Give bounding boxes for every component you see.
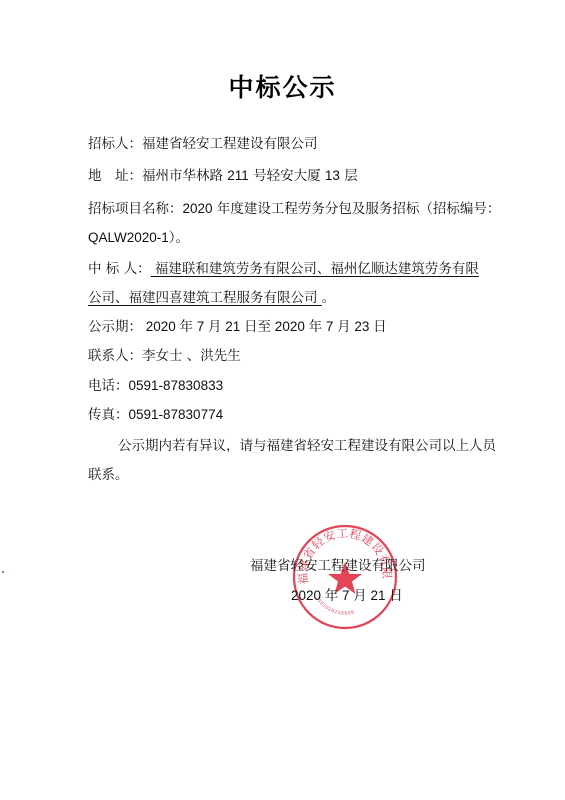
notice-line-1: 公示期内若有异议，请与福建省轻安工程建设有限公司以上人员	[118, 437, 496, 455]
contact-label: 联系人：	[88, 348, 142, 364]
fax-line: 传真：0591-87830774	[88, 406, 223, 424]
period-label: 公示期：	[88, 319, 142, 335]
period-line: 公示期： 2020 年 7 月 21 日至 2020 年 7 月 23 日	[88, 318, 387, 336]
project-end: ）。	[169, 230, 189, 246]
tenderer-value: 福建省轻安工程建设有限公司	[142, 136, 318, 152]
contact-line: 联系人：李女士 、洪先生	[88, 347, 241, 365]
fax-label: 传真：	[88, 407, 129, 423]
tenderer-label: 招标人：	[88, 136, 142, 152]
winner-value-1: 福建联和建筑劳务有限公司、福州亿顺达建筑劳务有限	[151, 261, 479, 277]
address-value-mid: 号轻安大厦	[249, 168, 325, 184]
address-line: 地 址：福州市华林路 211 号轻安大厦 13 层	[88, 167, 358, 185]
address-floor: 13	[325, 168, 340, 183]
contact-value: 李女士 、洪先生	[142, 348, 241, 364]
project-line: 招标项目名称：2020 年度建设工程劳务分包及服务招标（招标编号：	[88, 200, 500, 218]
page-title: 中标公示	[0, 68, 565, 104]
scan-speck	[2, 571, 4, 573]
project-year: 2020	[183, 201, 213, 216]
winner-label: 中 标 人：	[88, 261, 151, 277]
project-code-line: QALW2020-1）。	[88, 229, 189, 247]
notice-line-2: 联系。	[88, 466, 129, 484]
tenderer-line: 招标人：福建省轻安工程建设有限公司	[88, 135, 318, 153]
signature-company: 福建省轻安工程建设有限公司	[250, 557, 426, 575]
winner-value-2: 公司、福建四喜建筑工程服务有限公司	[88, 290, 322, 306]
address-value-post: 层	[340, 168, 358, 184]
phone-label: 电话：	[88, 378, 129, 394]
address-label: 地 址：	[88, 168, 142, 184]
period-value: 2020 年 7 月 21 日至 2020 年 7 月 23 日	[142, 319, 387, 334]
company-seal-icon: 福建省轻安工程建设有限公司 3501020258609	[292, 524, 398, 630]
phone-line: 电话：0591-87830833	[88, 377, 223, 395]
address-value-pre: 福州市华林路	[142, 168, 227, 184]
project-code: QALW2020-1	[88, 230, 169, 245]
project-label: 招标项目名称：	[88, 201, 183, 217]
document-page: 中标公示 招标人：福建省轻安工程建设有限公司 地 址：福州市华林路 211 号轻…	[0, 0, 565, 800]
fax-value: 0591-87830774	[129, 407, 224, 422]
phone-value: 0591-87830833	[129, 378, 224, 393]
winner-line-1: 中 标 人： 福建联和建筑劳务有限公司、福州亿顺达建筑劳务有限	[88, 260, 479, 278]
winner-end: 。	[322, 290, 336, 306]
signature-date: 2020 年 7 月 21 日	[291, 587, 403, 605]
winner-line-2: 公司、福建四喜建筑工程服务有限公司 。	[88, 289, 335, 307]
address-number: 211	[227, 168, 249, 183]
project-value: 年度建设工程劳务分包及服务招标（招标编号：	[213, 201, 501, 217]
